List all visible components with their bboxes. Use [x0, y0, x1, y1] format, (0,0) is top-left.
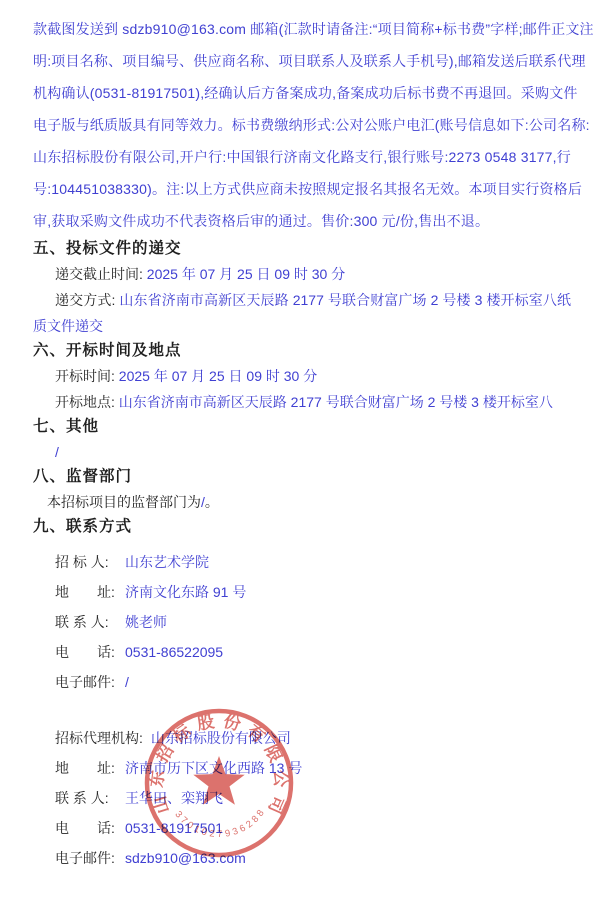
tenderer-name-label: 招 标 人: — [55, 547, 117, 577]
section-6-title: 六、开标时间及地点 — [33, 339, 571, 363]
tenderer-address-row: 地 址:济南文化东路 91 号 — [33, 577, 571, 607]
agency-phone-value: 0531-81917501 — [125, 820, 223, 836]
opening-place-label: 开标地点: — [55, 394, 115, 410]
section-5-title: 五、投标文件的递交 — [33, 237, 571, 261]
tenderer-phone-value: 0531-86522095 — [125, 644, 223, 660]
agency-contact-person-row: 联 系 人:王华田、栾翔飞 — [33, 783, 571, 813]
submission-deadline-label: 递交截止时间: — [55, 266, 143, 282]
intro-line: 明:项目名称、项目编号、供应商名称、项目联系人及联系人手机号),邮箱发送后联系代… — [33, 45, 571, 77]
tenderer-email-label: 电子邮件: — [55, 667, 117, 697]
opening-time-row: 开标时间: 2025 年 07 月 25 日 09 时 30 分 — [33, 363, 571, 389]
tenderer-address-value: 济南文化东路 91 号 — [125, 584, 246, 600]
section-9-title: 九、联系方式 — [33, 515, 571, 539]
tenderer-email-row: 电子邮件:/ — [33, 667, 571, 697]
tenderer-phone-row: 电 话:0531-86522095 — [33, 637, 571, 667]
agency-address-value: 济南市历下区文化西路 13 号 — [125, 760, 302, 776]
tenderer-name-row: 招 标 人:山东艺术学院 — [33, 547, 571, 577]
section-8-title: 八、监督部门 — [33, 465, 571, 489]
agency-address-label: 地 址: — [55, 753, 117, 783]
supervision-dept-row: 本招标项目的监督部门为/。 — [33, 489, 571, 515]
section-7-title: 七、其他 — [33, 415, 571, 439]
tenderer-contact-block: 招 标 人:山东艺术学院 地 址:济南文化东路 91 号 联 系 人:姚老师 电… — [33, 547, 571, 697]
opening-place-row: 开标地点: 山东省济南市高新区天辰路 2177 号联合财富广场 2 号楼 3 楼… — [33, 389, 571, 415]
intro-line: 款截图发送到 sdzb910@163.com 邮箱(汇款时请备注:“项目简称+标… — [33, 13, 571, 45]
tenderer-contact-person-row: 联 系 人:姚老师 — [33, 607, 571, 637]
tenderer-phone-label: 电 话: — [55, 637, 117, 667]
supervision-dept-suffix: 。 — [205, 494, 219, 510]
tenderer-email-value: / — [125, 674, 129, 690]
agency-contact-block: 招标代理机构:山东招标股份有限公司 地 址:济南市历下区文化西路 13 号 联 … — [33, 723, 571, 873]
submission-deadline-value: 2025 年 07 月 25 日 09 时 30 分 — [147, 266, 345, 282]
agency-name-value: 山东招标股份有限公司 — [151, 730, 291, 746]
intro-line: 机构确认(0531-81917501),经确认后方备案成功,备案成功后标书费不再… — [33, 77, 571, 109]
tenderer-contact-person-value: 姚老师 — [125, 614, 167, 630]
agency-address-row: 地 址:济南市历下区文化西路 13 号 — [33, 753, 571, 783]
agency-email-value: sdzb910@163.com — [125, 850, 246, 866]
agency-name-label: 招标代理机构: — [55, 723, 143, 753]
submission-deadline-row: 递交截止时间: 2025 年 07 月 25 日 09 时 30 分 — [33, 261, 571, 287]
intro-line: 号:104451038330)。注:以上方式供应商未按照规定报名其报名无效。本项… — [33, 173, 571, 205]
agency-email-row: 电子邮件:sdzb910@163.com — [33, 843, 571, 873]
intro-line: 山东招标股份有限公司,开户行:中国银行济南文化路支行,银行账号:2273 054… — [33, 141, 571, 173]
agency-email-label: 电子邮件: — [55, 843, 117, 873]
opening-time-label: 开标时间: — [55, 368, 115, 384]
supervision-dept-prefix: 本招标项目的监督部门为 — [47, 494, 201, 510]
opening-place-value: 山东省济南市高新区天辰路 2177 号联合财富广场 2 号楼 3 楼开标室八 — [119, 394, 553, 410]
agency-phone-label: 电 话: — [55, 813, 117, 843]
intro-line: 审,获取采购文件成功不代表资格后审的通过。售价:300 元/份,售出不退。 — [33, 205, 571, 237]
submission-method-row: 递交方式: 山东省济南市高新区天辰路 2177 号联合财富广场 2 号楼 3 楼… — [33, 287, 571, 339]
intro-line: 电子版与纸质版具有同等效力。标书费缴纳形式:公对公账户电汇(账号信息如下:公司名… — [33, 109, 571, 141]
section-7-value: / — [33, 439, 571, 465]
intro-paragraph: 款截图发送到 sdzb910@163.com 邮箱(汇款时请备注:“项目简称+标… — [33, 13, 571, 237]
submission-method-label: 递交方式: — [55, 292, 115, 308]
agency-phone-row: 电 话:0531-81917501 — [33, 813, 571, 843]
tenderer-name-value: 山东艺术学院 — [125, 554, 209, 570]
tenderer-contact-person-label: 联 系 人: — [55, 607, 117, 637]
document-page: 款截图发送到 sdzb910@163.com 邮箱(汇款时请备注:“项目简称+标… — [0, 0, 604, 909]
tenderer-address-label: 地 址: — [55, 577, 117, 607]
opening-time-value: 2025 年 07 月 25 日 09 时 30 分 — [119, 368, 317, 384]
agency-contact-person-value: 王华田、栾翔飞 — [125, 790, 223, 806]
agency-contact-person-label: 联 系 人: — [55, 783, 117, 813]
agency-name-row: 招标代理机构:山东招标股份有限公司 — [33, 723, 571, 753]
